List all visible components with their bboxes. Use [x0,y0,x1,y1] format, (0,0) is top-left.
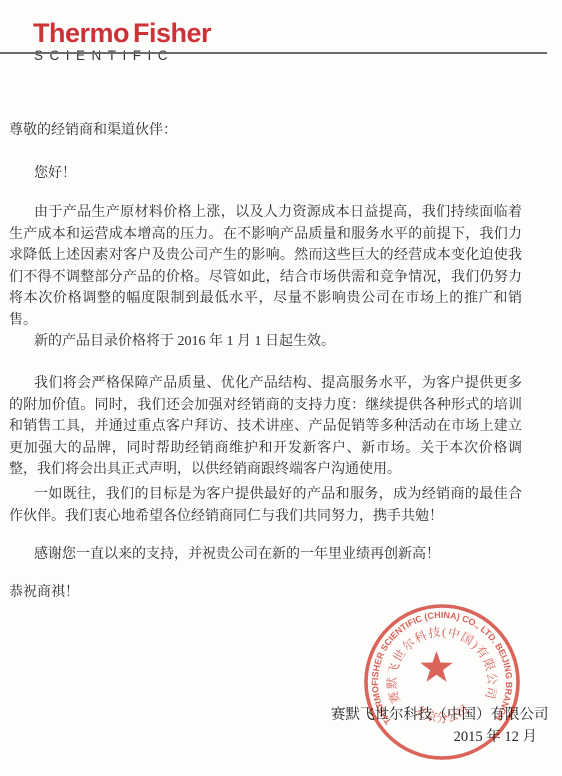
greeting: 您好！ [9,163,522,185]
paragraph-thanks: 感谢您一直以来的支持，并祝贵公司在新的一年里业绩再创新高！ [9,544,522,566]
company-stamp: THERMOFISHER SCIENTIFIC (CHINA) CO., LTD… [360,600,524,764]
paragraph: 由于产品生产原材料价格上涨，以及人力资源成本日益提高，我们持续面临着生产成本和运… [9,202,522,331]
logo-wordmark: ThermoFisher [33,20,211,47]
salutation: 尊敬的经销商和渠道伙伴： [9,120,522,142]
letter-page: ThermoFisher SCIENTIFIC 尊敬的经销商和渠道伙伴： 您好！… [0,0,562,776]
stamp-bottom-arc-text: 北京分公司 [413,703,472,725]
letterhead-rule [0,52,547,54]
thermofisher-logo: ThermoFisher SCIENTIFIC [33,20,211,63]
star-icon [420,651,452,682]
paragraph: 我们将会严格保障产品质量、优化产品结构、提高服务水平，为客户提供更多的附加价值。… [9,373,522,481]
logo-fisher: Fisher [133,18,211,48]
paragraph: 一如既往，我们的目标是为客户提供最好的产品和服务，成为经销商的最佳合作伙伴。我们… [9,484,522,527]
logo-thermo: Thermo [33,18,129,48]
paragraph-effective-date: 新的产品目录价格将于 2016 年 1 月 1 日起生效。 [9,331,522,353]
